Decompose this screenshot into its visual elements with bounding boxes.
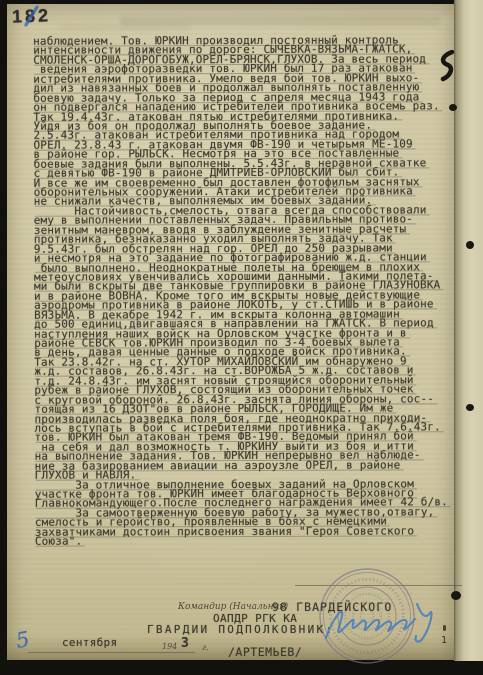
adjacent-page-edge xyxy=(454,0,483,661)
ink-spot xyxy=(451,591,461,600)
typed-year-digit: 3 xyxy=(181,636,189,651)
ink-spot xyxy=(449,104,457,111)
rank-line: ГВАРДИИ ПОДПОЛКОВНИК: xyxy=(147,623,334,636)
document-body-text: наблюдением. Тов. ЮРКИН производил посто… xyxy=(33,28,449,539)
footer-page-mark: 1 xyxy=(441,635,447,646)
ink-spot xyxy=(466,404,474,411)
scanned-document: 182 наблюдением. Тов. ЮРКИН производил п… xyxy=(0,0,483,675)
signer-surname: /АРТЕМЬЕВ/ xyxy=(228,645,302,659)
ink-spot xyxy=(466,241,474,249)
date-underline xyxy=(28,652,195,653)
text-line: наблюдением. Тов. ЮРКИН производил посто… xyxy=(33,28,447,39)
ink-spot xyxy=(443,625,446,631)
handwritten-signature xyxy=(318,592,436,650)
preprinted-year: 194 xyxy=(162,642,177,651)
typed-month: сентября xyxy=(62,636,117,649)
preprinted-year-suffix: г. xyxy=(202,643,209,652)
ink-blot xyxy=(438,50,458,82)
